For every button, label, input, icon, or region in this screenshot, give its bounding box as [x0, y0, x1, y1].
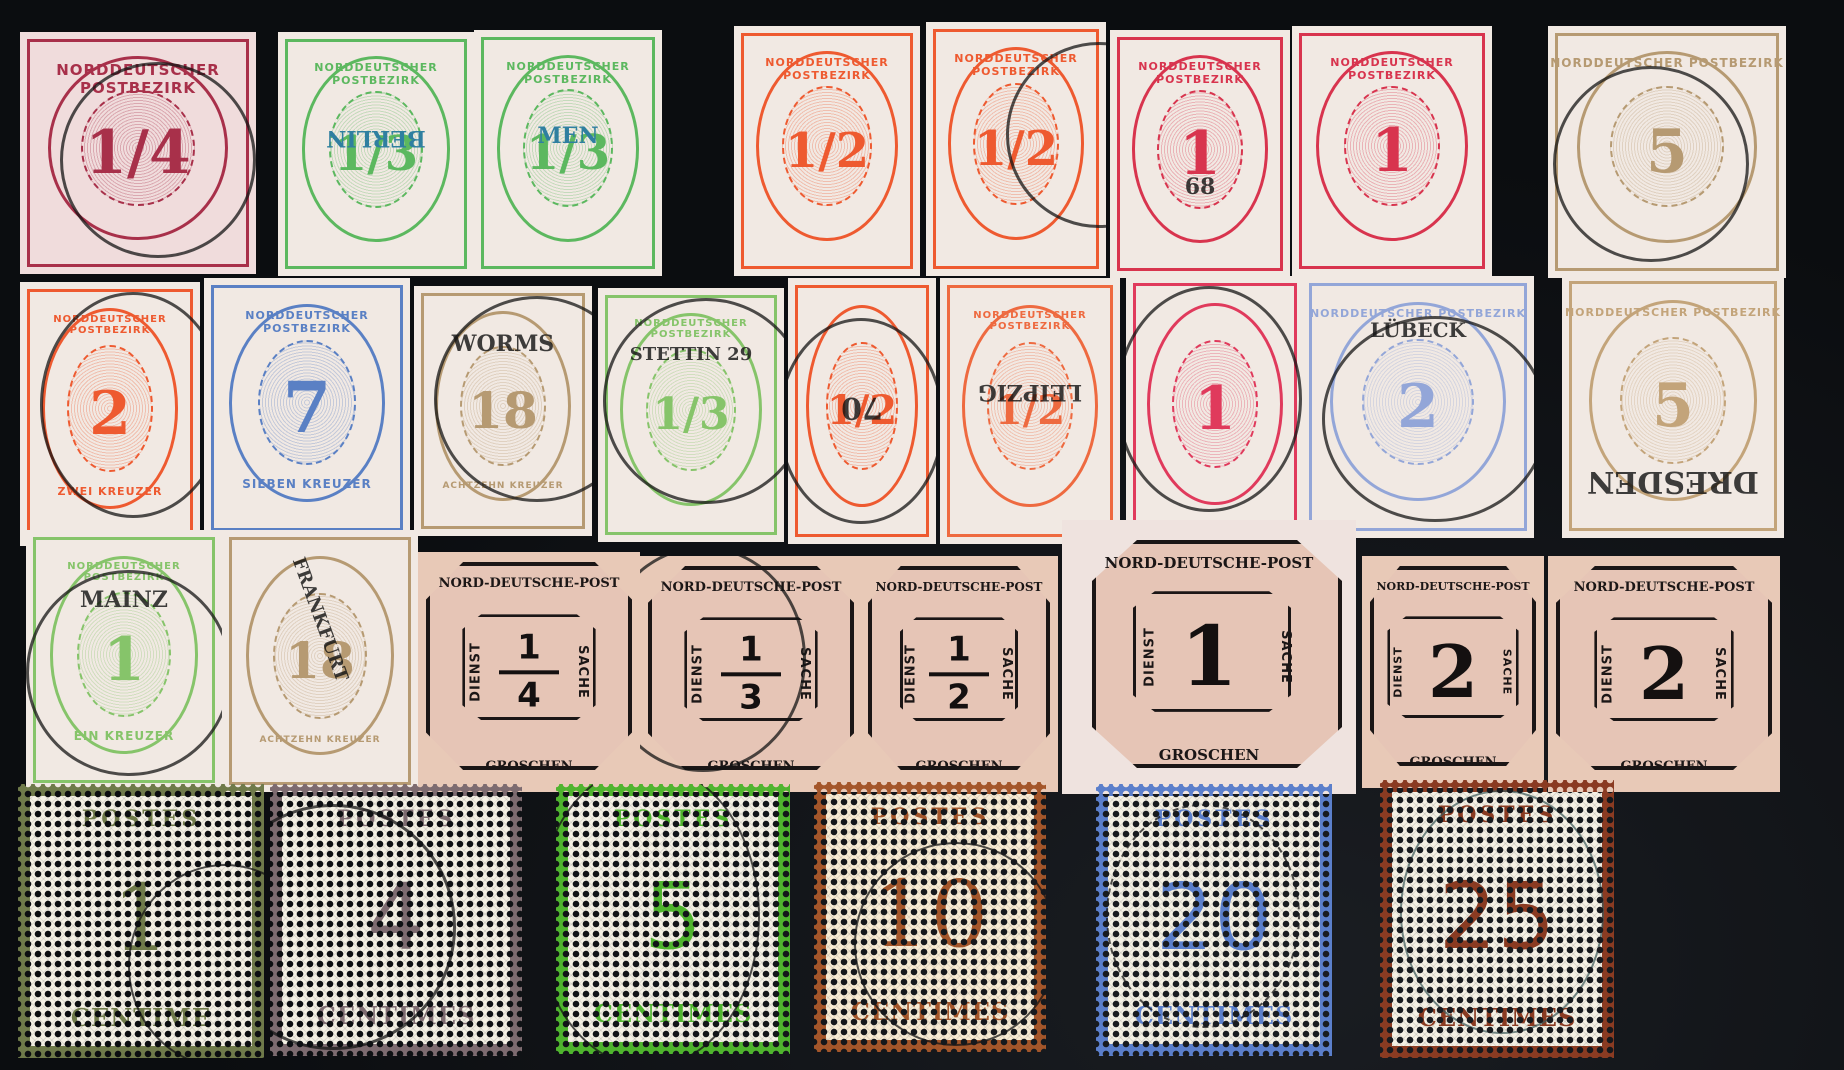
stamp-inscription: NORDDEUTSCHER POSTBEZIRK	[1548, 56, 1786, 70]
postmark-text: LÜBECK	[1302, 318, 1534, 342]
stamp-denomination: ACHTZEHN KREUZER	[222, 735, 418, 745]
stamp-third-groschen-green-2: NORDDEUTSCHER POSTBEZIRK 1/3 MEN	[474, 30, 662, 276]
stamp-half-groschen-orange: NORDDEUTSCHER POSTBEZIRK 1/2	[734, 26, 920, 276]
stamp-value: 10	[814, 869, 1046, 961]
postmark-text: STETTIN 29	[598, 344, 784, 365]
postmark-text: MAINZ	[26, 587, 222, 613]
stamp-postes-4-centimes: POSTES 4 CENTIMES	[270, 784, 522, 1056]
stamp-third-groschen-light-green: NORDDEUTSCHER POSTBEZIRK 1/3 STETTIN 29	[598, 288, 784, 542]
stamp-value: 1/2	[926, 125, 1106, 173]
stamp-denomination: CENTIMES	[1096, 1001, 1332, 1030]
stamp-denomination: CENTIMES	[270, 1001, 522, 1030]
stamp-denomination: GROSCHEN	[860, 759, 1058, 774]
postmark-text: BERLIN	[278, 125, 474, 151]
stamp-value: 18	[414, 386, 592, 436]
postmark-text: DRESDEN	[1562, 464, 1784, 499]
stamp-third-groschen-green: NORDDEUTSCHER POSTBEZIRK 1/3 BERLIN	[278, 32, 474, 276]
stamp-inscription: NORDDEUTSCHER POSTBEZIRK	[1562, 306, 1784, 319]
stamp-inscription: POSTES	[18, 806, 264, 832]
stamp-denomination: GROSCHEN	[418, 759, 640, 774]
stamp-dienst-quarter-groschen: NORD-DEUTSCHE-POST DIENST SACHE 14 GROSC…	[418, 552, 640, 792]
stamp-value: 1	[1292, 121, 1492, 181]
stamp-postes-20-centimes: POSTES 20 CENTIMES	[1096, 784, 1332, 1056]
stamp-inscription: NORDDEUTSCHER POSTBEZIRK	[20, 61, 256, 97]
stamp-inscription: POSTES	[556, 806, 790, 832]
stamp-inscription: NORD-DEUTSCHE-POST	[860, 580, 1058, 594]
stamp-inscription: NORDDEUTSCHER POSTBEZIRK	[474, 60, 662, 86]
stamp-value: 2	[20, 384, 200, 444]
stamp-half-groschen-orange-2: NORDDEUTSCHER POSTBEZIRK 1/2	[926, 22, 1106, 276]
stamp-value: 1/4	[20, 123, 256, 183]
stamp-denomination: CENTIME	[18, 1003, 264, 1032]
stamp-inscription: NORDDEUTSCHER POSTBEZIRK	[598, 318, 784, 340]
stamp-denomination: CENTIMES	[814, 997, 1046, 1026]
stamp-value: 2	[1302, 377, 1534, 437]
stamp-inscription: NORD-DEUTSCHE-POST	[418, 576, 640, 591]
stamp-value: 5	[1548, 122, 1786, 182]
stamp-inscription: POSTES	[1096, 806, 1332, 832]
stamp-inscription: NORD-DEUTSCHE-POST	[1062, 554, 1356, 572]
stamp-half-groschen-orange-4: NORDDEUTSCHER POSTBEZIRK 1/2 LEIPZIG	[940, 278, 1120, 544]
stamp-postes-25-centimes: POSTES 25 CENTIMES	[1380, 780, 1614, 1058]
stamp-inscription: NORD-DEUTSCHE-POST	[1362, 580, 1544, 593]
stamp-value: 20	[1096, 872, 1332, 964]
postmark-text: 68	[1110, 174, 1290, 200]
stamp-inscription: POSTES	[1380, 802, 1614, 828]
stamp-inscription: POSTES	[814, 804, 1046, 830]
stamp-value: 1	[18, 873, 264, 965]
stamp-dienst-one-groschen: NORD-DEUTSCHE-POST DIENST SACHE 1 GROSCH…	[1062, 520, 1356, 794]
stamp-denomination: GROSCHEN	[1362, 755, 1544, 770]
stamp-quarter-groschen-carmine: NORDDEUTSCHER POSTBEZIRK 1/4	[20, 32, 256, 274]
stamp-value: 1	[1062, 614, 1356, 700]
stamp-denomination: CENTIMES	[556, 999, 790, 1028]
stamp-half-groschen-orange-3: 1/2 70	[788, 278, 936, 544]
stamp-eighteen-kreuzer-bistre-2: 18 ACHTZEHN KREUZER FRANKFURT	[222, 530, 418, 792]
stamp-value: 7	[204, 373, 410, 443]
stamp-one-groschen-rose-3: 1	[1126, 276, 1304, 542]
stamp-value: 5	[556, 871, 790, 963]
stamp-inscription: POSTES	[270, 806, 522, 832]
stamp-postes-5-centimes: POSTES 5 CENTIMES	[556, 784, 790, 1054]
stamp-inscription: NORDDEUTSCHER POSTBEZIRK	[204, 309, 410, 335]
stamp-two-kreuzer-orange: NORDDEUTSCHER POSTBEZIRK 2 ZWEI KREUZER	[20, 282, 200, 546]
stamp-seven-kreuzer-blue: NORDDEUTSCHER POSTBEZIRK 7 SIEBEN KREUZE…	[204, 278, 410, 538]
stamp-value: 2	[1362, 634, 1544, 710]
stamp-postes-1-centime: POSTES 1 CENTIME	[18, 784, 264, 1058]
stamp-value: 13	[640, 632, 862, 715]
stamp-value: 1/2	[734, 127, 920, 175]
stamp-inscription: NORDDEUTSCHER POSTBEZIRK	[1110, 60, 1290, 86]
stamp-denomination: GROSCHEN	[1548, 759, 1780, 774]
postmark-text: 70	[788, 390, 936, 425]
stamp-value: 25	[1380, 871, 1614, 963]
stamp-denomination: EIN KREUZER	[26, 729, 222, 743]
stamp-dienst-half-groschen: NORD-DEUTSCHE-POST DIENST SACHE 12 GROSC…	[860, 556, 1058, 792]
stamp-value: 1/3	[598, 393, 784, 437]
stamp-value: 12	[860, 632, 1058, 715]
stamp-denomination: GROSCHEN	[640, 759, 862, 774]
stamp-denomination: ACHTZEHN KREUZER	[414, 481, 592, 491]
stamp-eighteen-kreuzer-bistre: 18 ACHTZEHN KREUZER WORMS	[414, 286, 592, 536]
stamp-one-groschen-rose-2: NORDDEUTSCHER POSTBEZIRK 1	[1292, 26, 1492, 276]
stamp-denomination: GROSCHEN	[1062, 746, 1356, 764]
stamp-inscription: NORD-DEUTSCHE-POST	[640, 580, 862, 595]
stamp-inscription: NORDDEUTSCHER POSTBEZIRK	[1292, 56, 1492, 82]
stamp-one-kreuzer-green: NORDDEUTSCHER POSTBEZIRK 1 EIN KREUZER M…	[26, 530, 222, 790]
stamp-inscription: NORD-DEUTSCHE-POST	[1548, 580, 1780, 595]
stamp-inscription: NORDDEUTSCHER POSTBEZIRK	[278, 61, 474, 87]
stamp-value: 5	[1562, 376, 1784, 436]
stamp-value: 2	[1548, 636, 1780, 712]
stamp-inscription: NORDDEUTSCHER POSTBEZIRK	[926, 52, 1106, 78]
stamp-denomination: SIEBEN KREUZER	[204, 477, 410, 491]
stamp-inscription: NORDDEUTSCHER POSTBEZIRK	[734, 56, 920, 82]
stamp-denomination: CENTIMES	[1380, 1003, 1614, 1032]
stamp-postes-10-centimes: POSTES 10 CENTIMES	[814, 782, 1046, 1052]
stamp-five-groschen-bistre-2: NORDDEUTSCHER POSTBEZIRK 5 DRESDEN	[1562, 274, 1784, 538]
stamp-value: 4	[270, 872, 522, 964]
postmark-text: LEIPZIG	[940, 379, 1120, 405]
stamp-two-groschen-blue: NORDDEUTSCHER POSTBEZIRK 2 LÜBECK	[1302, 276, 1534, 538]
postmark-text: MEN	[474, 123, 662, 149]
stamp-value: 1	[26, 630, 222, 690]
stamp-dienst-two-groschen: NORD-DEUTSCHE-POST DIENST SACHE 2 GROSCH…	[1362, 556, 1544, 788]
stamp-value: 1	[1126, 379, 1304, 439]
stamp-dienst-third-groschen: NORD-DEUTSCHE-POST DIENST SACHE 13 GROSC…	[640, 556, 862, 792]
stamp-denomination: ZWEI KREUZER	[20, 485, 200, 498]
stamp-inscription: NORDDEUTSCHER POSTBEZIRK	[26, 561, 222, 583]
stamp-dienst-two-groschen-2: NORD-DEUTSCHE-POST DIENST SACHE 2 GROSCH…	[1548, 556, 1780, 792]
stamp-one-groschen-rose: NORDDEUTSCHER POSTBEZIRK 1 68	[1110, 30, 1290, 278]
postmark-text: WORMS	[414, 331, 592, 357]
stamp-value: 14	[418, 630, 640, 713]
stamp-five-groschen-bistre: NORDDEUTSCHER POSTBEZIRK 5	[1548, 26, 1786, 278]
stamp-inscription: NORDDEUTSCHER POSTBEZIRK	[940, 310, 1120, 332]
stamp-inscription: NORDDEUTSCHER POSTBEZIRK	[20, 314, 200, 336]
